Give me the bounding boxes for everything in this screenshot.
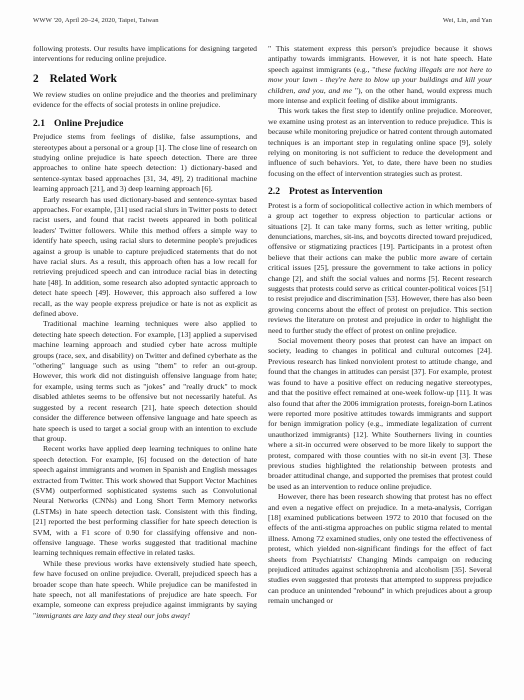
section-heading-related-work: 2Related Work (33, 73, 257, 86)
paragraph-statement-example: " This statement express this person's p… (268, 44, 492, 106)
subsection-title: Protest as Intervention (289, 186, 383, 197)
paragraph-however-research: However, there has been research showing… (268, 492, 492, 606)
running-header: WWW '20, April 20–24, 2020, Taipei, Taiw… (33, 17, 492, 24)
paragraph-protest-form: Protest is a form of sociopolitical coll… (268, 201, 492, 336)
section-number: 2 (33, 73, 39, 86)
paragraph-deep-learning: Recent works have applied deep learning … (33, 444, 257, 558)
paragraph-related-work-overview: We review studies on online prejudice an… (33, 90, 257, 111)
paragraph-while-previous: While these previous works have extensiv… (33, 559, 257, 621)
right-column: " This statement express this person's p… (268, 44, 492, 621)
quoted-italic-text: immigrants are lazy and they steal our j… (36, 611, 190, 620)
subsection-heading-protest-intervention: 2.2Protest as Intervention (268, 186, 492, 198)
paragraph-prejudice-stems: Prejudice stems from feelings of dislike… (33, 132, 257, 194)
header-authors: Wei, Lin, and Yan (443, 17, 492, 24)
paragraph-this-work: This work takes the first step to identi… (268, 106, 492, 179)
subsection-title: Online Prejudice (54, 118, 123, 129)
paragraph-intro-continuation: following protests. Our results have imp… (33, 44, 257, 65)
subsection-number: 2.2 (268, 186, 280, 198)
subsection-number: 2.1 (33, 118, 45, 130)
paragraph-early-research: Early research has used dictionary-based… (33, 195, 257, 320)
left-column: following protests. Our results have imp… (33, 44, 257, 621)
two-column-body: following protests. Our results have imp… (33, 44, 492, 621)
header-conference: WWW '20, April 20–24, 2020, Taipei, Taiw… (33, 17, 159, 24)
section-title: Related Work (50, 73, 117, 85)
paper-page: WWW '20, April 20–24, 2020, Taipei, Taiw… (0, 0, 524, 700)
paragraph-social-movement: Social movement theory poses that protes… (268, 336, 492, 492)
subsection-heading-online-prejudice: 2.1Online Prejudice (33, 118, 257, 130)
paragraph-traditional-ml: Traditional machine learning techniques … (33, 319, 257, 444)
